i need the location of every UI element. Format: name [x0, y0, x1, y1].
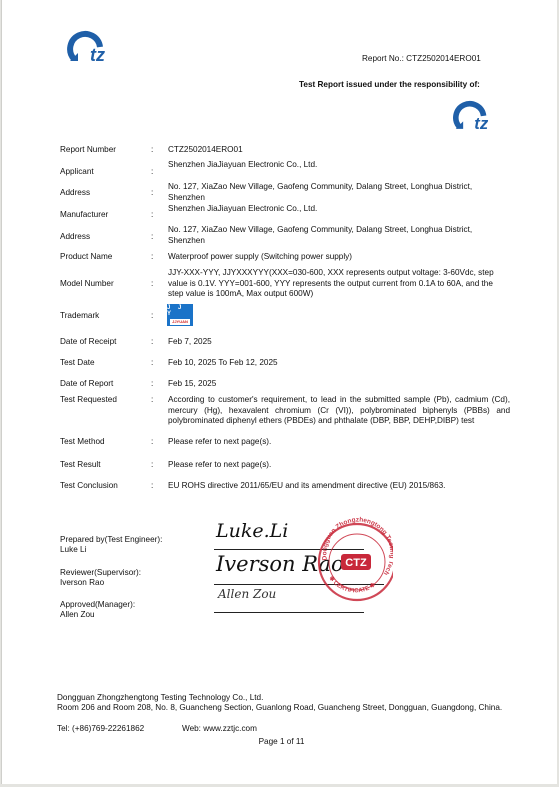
report-no-label: Report No.: — [362, 54, 404, 63]
signer-name: Luke Li — [60, 545, 162, 555]
trademark-bottom-text: JJYUAN — [170, 319, 190, 325]
prepared-by-block: Prepared by(Test Engineer): Luke Li — [60, 535, 162, 555]
signer-role: Reviewer(Supervisor): — [60, 568, 141, 578]
field-label: Manufacturer — [60, 210, 150, 221]
field-colon: : — [151, 210, 153, 221]
field-colon: : — [151, 437, 153, 448]
page-number: Page 1 of 11 — [2, 737, 559, 746]
signer-name: Iverson Rao — [60, 578, 141, 588]
field-colon: : — [151, 232, 153, 243]
field-value: No. 127, XiaZao New Village, Gaofeng Com… — [168, 225, 506, 246]
field-label: Test Requested — [60, 395, 150, 406]
field-colon: : — [151, 279, 153, 290]
field-colon: : — [151, 395, 153, 406]
field-label: Test Method — [60, 437, 150, 448]
signature-line — [214, 612, 364, 613]
field-label: Report Number — [60, 145, 150, 156]
signature-luke-li: Luke.Li — [216, 520, 288, 542]
field-value: According to customer's requirement, to … — [168, 395, 510, 427]
footer-tel: Tel: (+86)769-22261862 — [57, 724, 144, 733]
svg-text:tz: tz — [474, 114, 489, 133]
field-colon: : — [151, 481, 153, 492]
footer-contact: Tel: (+86)769-22261862 Web: www.zztjc.co… — [57, 724, 505, 734]
ctz-logo-icon: tz — [66, 25, 122, 65]
field-value: Please refer to next page(s). — [168, 460, 506, 471]
field-colon: : — [151, 379, 153, 390]
field-value: JJY-XXX-YYY, JJYXXXYYY(XXX=030-600, XXX … — [168, 268, 506, 300]
field-colon: : — [151, 358, 153, 369]
field-value: No. 127, XiaZao New Village, Gaofeng Com… — [168, 182, 506, 203]
signature-allen-zou: Allen Zou — [218, 587, 276, 601]
approver-block: Approved(Manager): Allen Zou — [60, 600, 135, 620]
ctz-logo-icon: tz — [452, 95, 504, 133]
field-label: Address — [60, 188, 150, 199]
signer-role: Approved(Manager): — [60, 600, 135, 610]
trademark-logo: J J Y JJYUAN — [167, 304, 193, 326]
field-colon: : — [151, 188, 153, 199]
svg-text:CTZ: CTZ — [345, 557, 367, 569]
svg-text:tz: tz — [90, 45, 105, 65]
field-colon: : — [151, 145, 153, 156]
field-label: Applicant — [60, 167, 150, 178]
field-label: Model Number — [60, 279, 150, 290]
field-value: Shenzhen JiaJiayuan Electronic Co., Ltd. — [168, 160, 506, 171]
field-label: Product Name — [60, 252, 150, 263]
field-label: Date of Report — [60, 379, 150, 390]
footer-company: Dongguan Zhongzhengtong Testing Technolo… — [57, 693, 505, 703]
report-number-header: Report No.: CTZ2502014ERO01 — [362, 54, 481, 63]
field-label: Test Conclusion — [60, 481, 150, 492]
field-value: CTZ2502014ERO01 — [168, 145, 506, 156]
trademark-top-text: J J Y — [167, 305, 193, 317]
certificate-stamp-icon: Dongguan Zhongzhengtong Testing Technolo… — [315, 508, 393, 608]
report-no-value: CTZ2502014ERO01 — [406, 54, 481, 63]
field-colon: : — [151, 337, 153, 348]
field-value: Feb 7, 2025 — [168, 337, 506, 348]
field-colon: : — [151, 311, 153, 322]
field-label: Date of Receipt — [60, 337, 150, 348]
responsibility-heading: Test Report issued under the responsibil… — [299, 80, 480, 89]
signer-name: Allen Zou — [60, 610, 135, 620]
field-value: Waterproof power supply (Switching power… — [168, 252, 506, 263]
field-label: Address — [60, 232, 150, 243]
field-label: Trademark — [60, 311, 150, 322]
field-label: Test Result — [60, 460, 150, 471]
signer-role: Prepared by(Test Engineer): — [60, 535, 162, 545]
field-value: Shenzhen JiaJiayuan Electronic Co., Ltd. — [168, 204, 506, 215]
footer-web[interactable]: Web: www.zztjc.com — [182, 724, 257, 734]
footer-address: Room 206 and Room 208, No. 8, Guancheng … — [57, 703, 505, 713]
field-value: Please refer to next page(s). — [168, 437, 506, 448]
field-colon: : — [151, 167, 153, 178]
field-colon: : — [151, 252, 153, 263]
report-page: tz Report No.: CTZ2502014ERO01 Test Repo… — [1, 0, 557, 784]
field-label: Test Date — [60, 358, 150, 369]
field-value: Feb 15, 2025 — [168, 379, 506, 390]
reviewer-block: Reviewer(Supervisor): Iverson Rao — [60, 568, 141, 588]
field-value: EU ROHS directive 2011/65/EU and its ame… — [168, 481, 506, 492]
field-colon: : — [151, 460, 153, 471]
field-value: Feb 10, 2025 To Feb 12, 2025 — [168, 358, 506, 369]
